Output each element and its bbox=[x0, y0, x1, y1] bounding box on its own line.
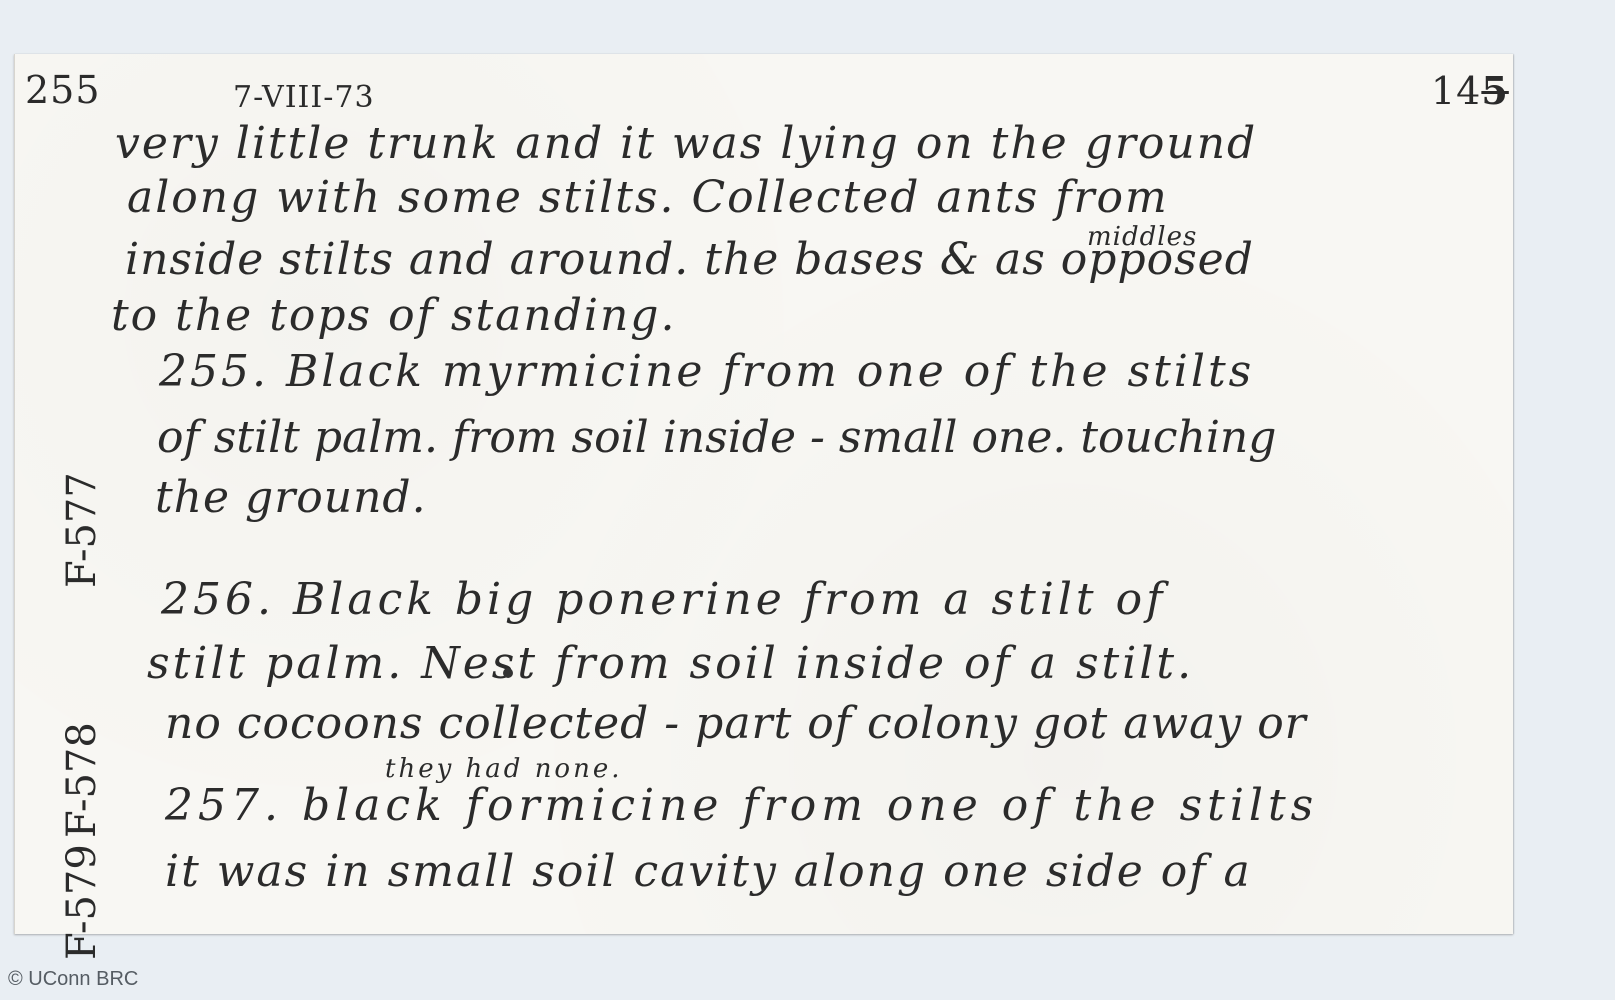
note-line-3: inside stilts and around. the bases & as… bbox=[125, 234, 1254, 285]
note-line-255: 255. Black myrmicine from one of the sti… bbox=[159, 346, 1254, 397]
ink-blot bbox=[503, 668, 513, 678]
note-line-255-end: the ground. bbox=[155, 472, 427, 523]
margin-annotation-f578: F-578 bbox=[59, 722, 105, 838]
field-notes-card: 255 7-VIII-73 145 very little trunk and … bbox=[14, 54, 1513, 934]
note-line-256: 256. Black big ponerine from a stilt of bbox=[161, 574, 1166, 625]
note-line-1: very little trunk and it was lying on th… bbox=[115, 118, 1257, 169]
note-line-257: 257. black formicine from one of the sti… bbox=[165, 780, 1318, 831]
page-number-overwritten-digit: 5 bbox=[1481, 68, 1508, 113]
note-line-255-cont: of stilt palm. from soil inside - small … bbox=[157, 412, 1276, 463]
note-line-257-cont: it was in small soil cavity along one si… bbox=[165, 846, 1252, 897]
specimen-number-corner: 255 bbox=[25, 68, 101, 112]
note-line-256-end: no cocoons collected - part of colony go… bbox=[165, 698, 1307, 749]
copyright-credit: © UConn BRC bbox=[8, 968, 138, 991]
note-line-2: along with some stilts. Collected ants f… bbox=[127, 172, 1169, 223]
note-line-256-cont: stilt palm. Nest from soil inside of a s… bbox=[147, 638, 1194, 689]
page-number: 145 bbox=[1431, 68, 1509, 113]
margin-annotation-f579: F-579 bbox=[59, 844, 105, 960]
note-line-4: to the tops of standing. bbox=[111, 290, 676, 341]
margin-annotation-f577: F-577 bbox=[59, 472, 105, 588]
collection-date: 7-VIII-73 bbox=[233, 80, 375, 115]
page-number-prefix: 14 bbox=[1431, 69, 1481, 113]
